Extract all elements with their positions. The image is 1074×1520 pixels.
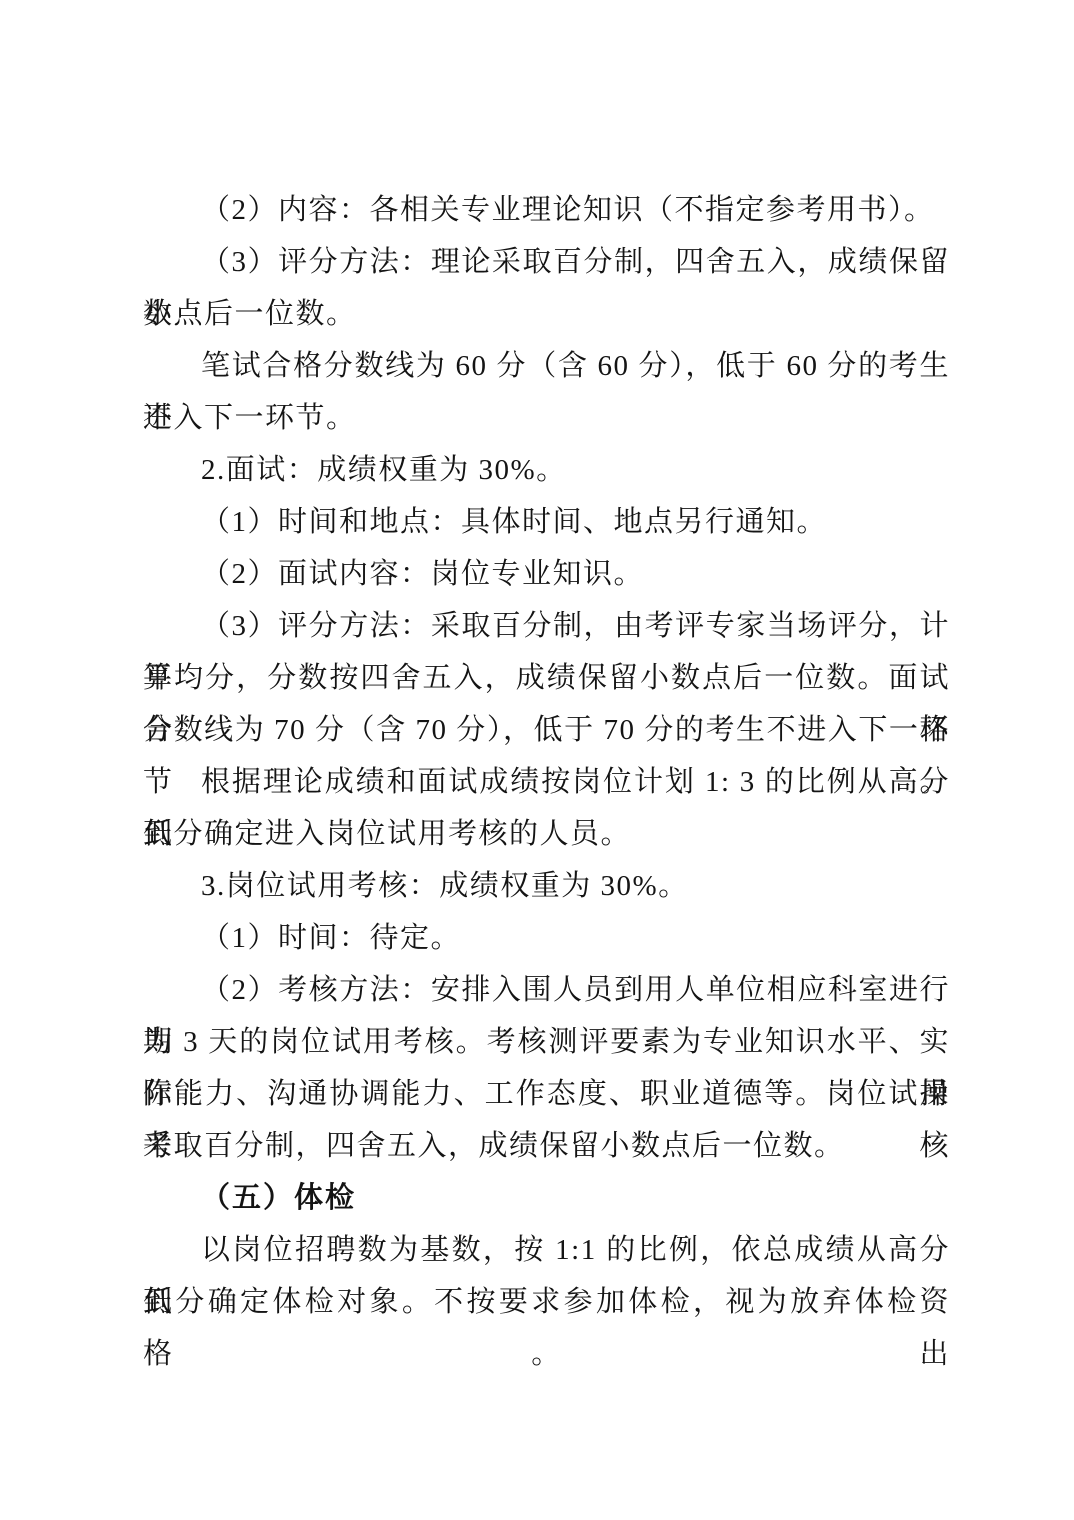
text-line: （3）评分方法：采取百分制，由考评专家当场评分，计算 (143, 600, 950, 652)
text-line: 低分确定进入岗位试用考核的人员。 (143, 808, 950, 860)
text-line: 期 3 天的岗位试用考核。考核测评要素为专业知识水平、实际操 (143, 1016, 950, 1068)
text-line: （2）内容：各相关专业理论知识（不指定参考用书）。 (143, 184, 950, 236)
text-line: 以岗位招聘数为基数，按 1:1 的比例，依总成绩从高分到 (143, 1224, 950, 1276)
text-line: 数点后一位数。 (143, 288, 950, 340)
text-line: 作能力、沟通协调能力、工作态度、职业道德等。岗位试用考核 (143, 1068, 950, 1120)
text-line: 平均分，分数按四舍五入，成绩保留小数点后一位数。面试合格 (143, 652, 950, 704)
document-page: （2）内容：各相关专业理论知识（不指定参考用书）。 （3）评分方法：理论采取百分… (0, 0, 1074, 1520)
text-line: 笔试合格分数线为 60 分（含 60 分），低于 60 分的考生不 (143, 340, 950, 392)
text-line: 进入下一环节。 (143, 392, 950, 444)
text-line: 根据理论成绩和面试成绩按岗位计划 1: 3 的比例从高分到 (143, 756, 950, 808)
text-line: （3）评分方法：理论采取百分制，四舍五入，成绩保留小 (143, 236, 950, 288)
document-text-block: （2）内容：各相关专业理论知识（不指定参考用书）。 （3）评分方法：理论采取百分… (143, 184, 950, 1328)
section-heading-physical-exam: （五）体检 (143, 1172, 950, 1224)
text-line: 2.面试：成绩权重为 30%。 (143, 444, 950, 496)
text-line: （1）时间和地点：具体时间、地点另行通知。 (143, 496, 950, 548)
text-line: 低分确定体检对象。不按要求参加体检，视为放弃体检资格。出 (143, 1276, 950, 1328)
text-line: 3.岗位试用考核：成绩权重为 30%。 (143, 860, 950, 912)
text-line: （2）考核方法：安排入围人员到用人单位相应科室进行为 (143, 964, 950, 1016)
text-line: （1）时间：待定。 (143, 912, 950, 964)
text-line: 分数线为 70 分（含 70 分），低于 70 分的考生不进入下一环节。 (143, 704, 950, 756)
text-line: 采取百分制，四舍五入，成绩保留小数点后一位数。 (143, 1120, 950, 1172)
text-line: （2）面试内容：岗位专业知识。 (143, 548, 950, 600)
